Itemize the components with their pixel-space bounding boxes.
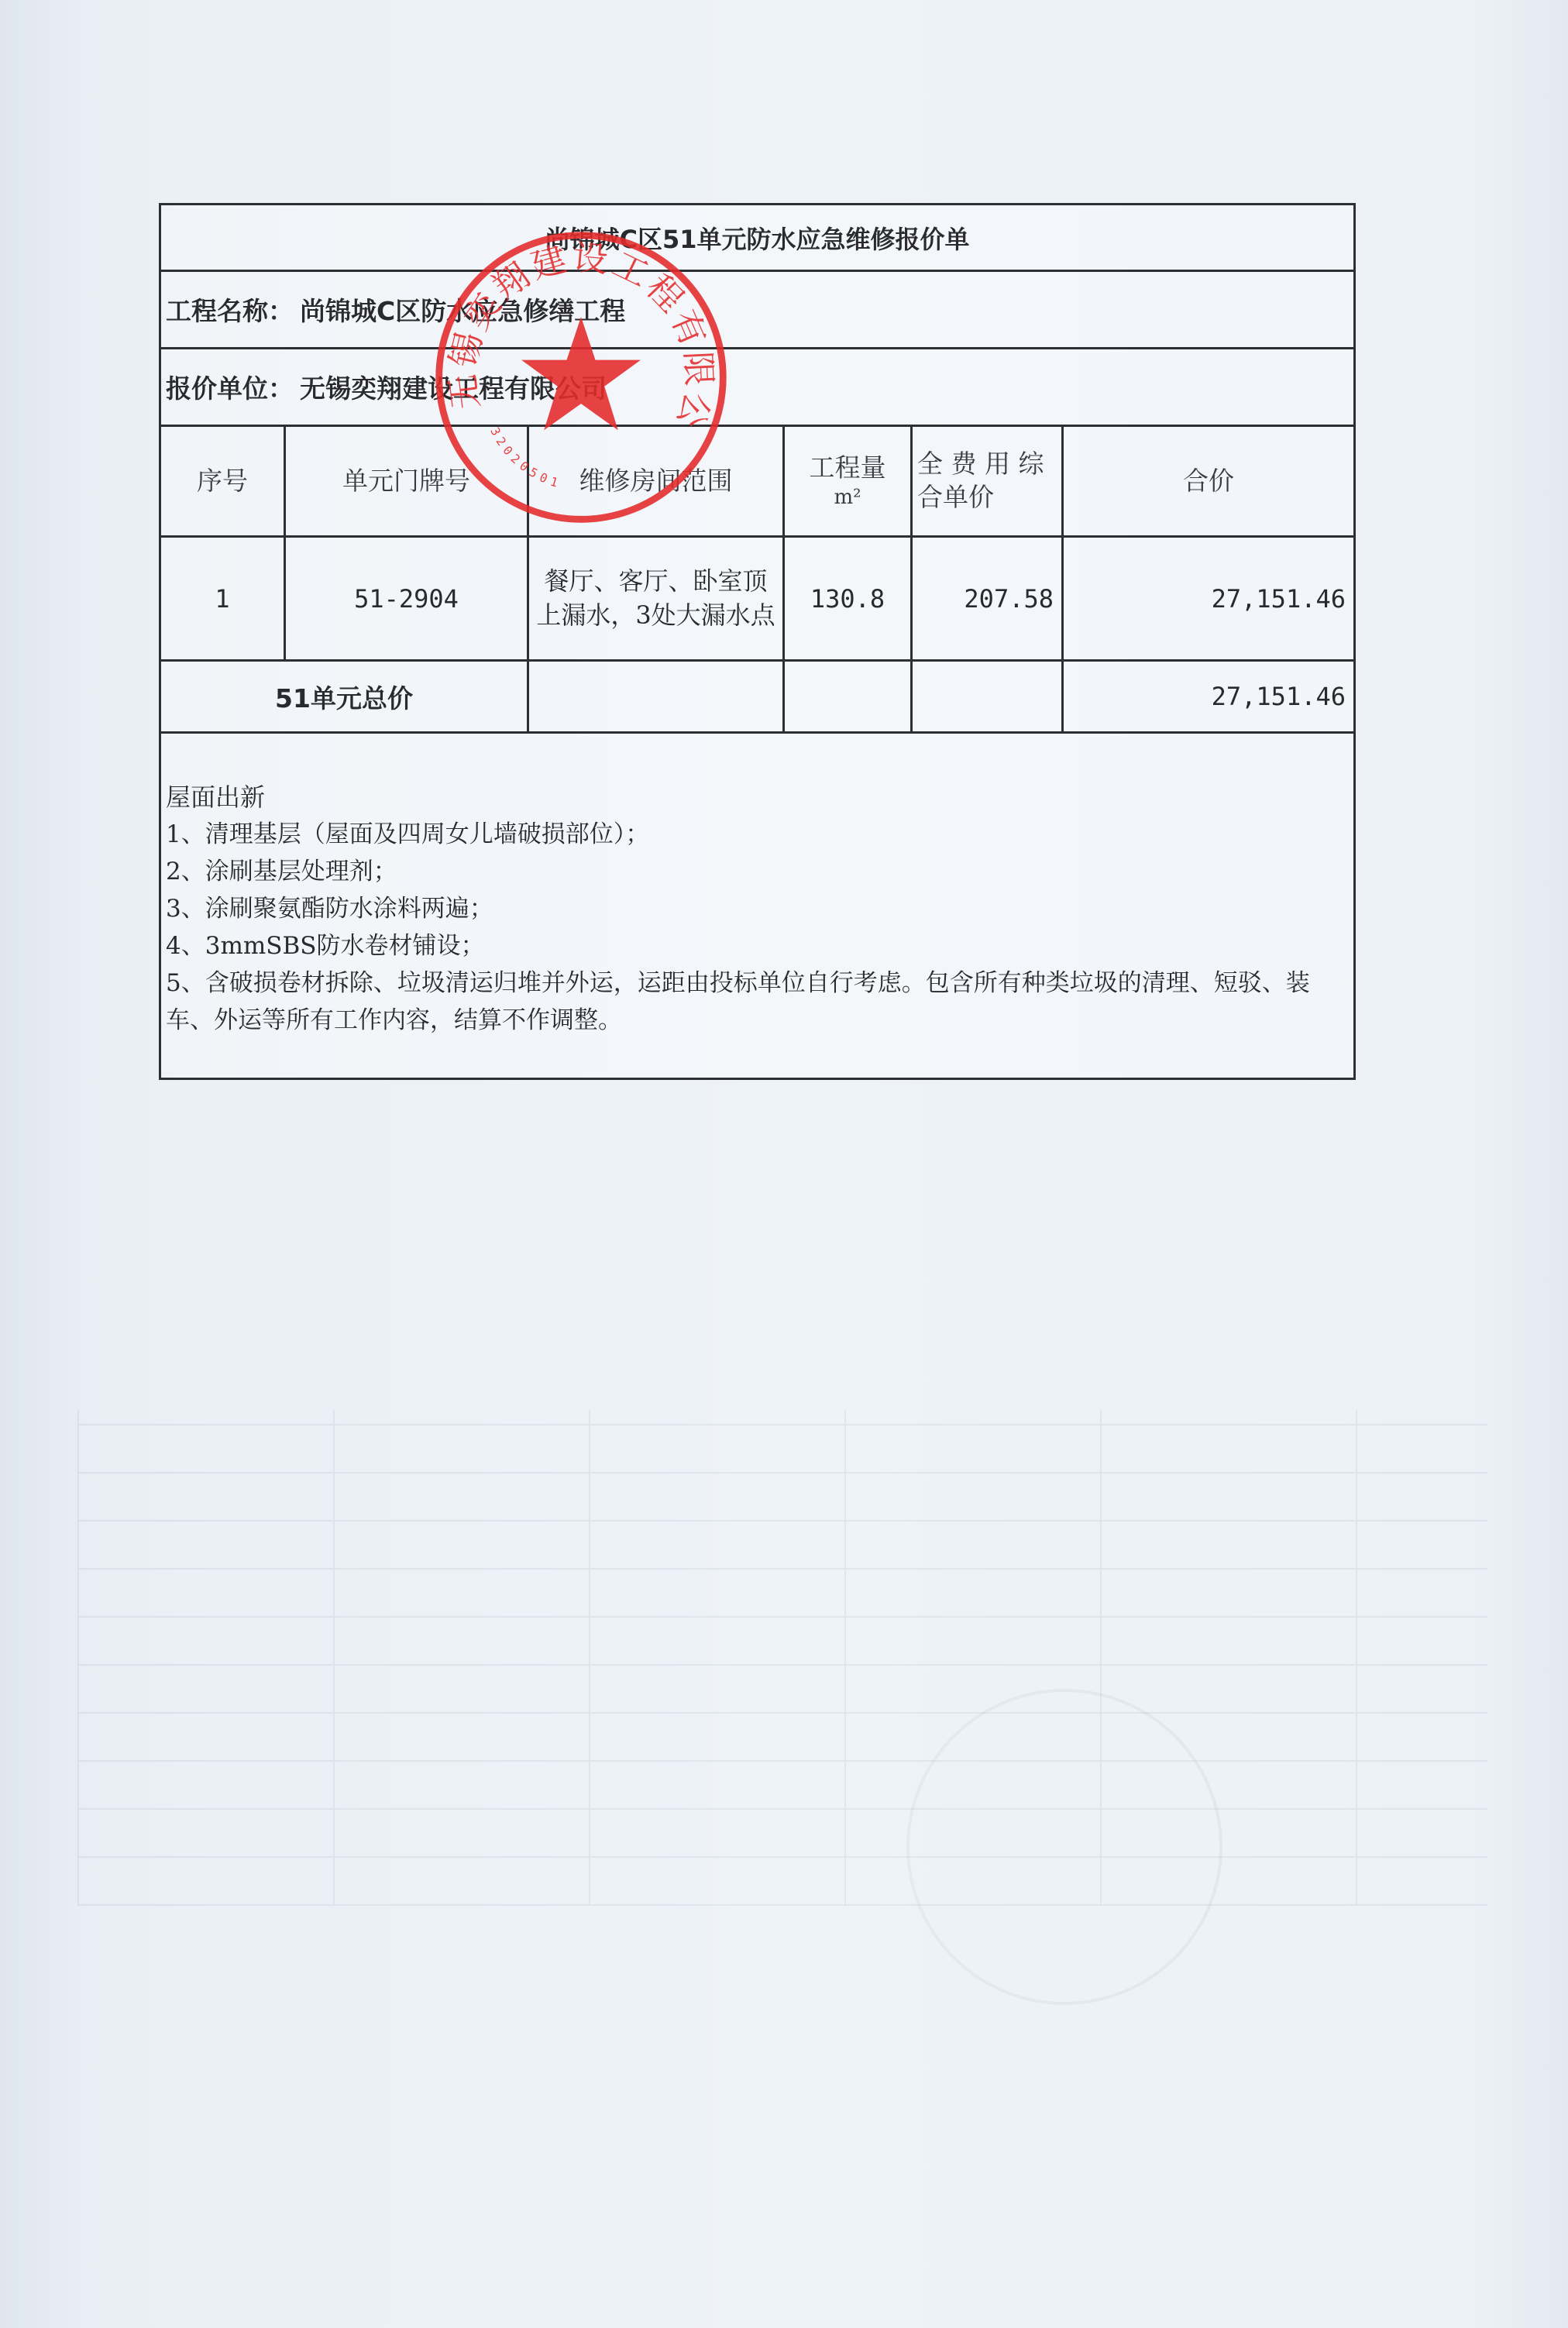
header-unit-no: 单元门牌号 — [286, 427, 529, 535]
header-qty-label: 工程量 — [810, 452, 886, 485]
header-unit-price-line2: 合单价 — [917, 481, 994, 514]
summary-empty-3 — [913, 662, 1064, 731]
header-qty-unit: m² — [834, 485, 861, 511]
notes-item: 5、含破损卷材拆除、垃圾清运归堆并外运，运距由投标单位自行考虑。包含所有种类垃圾… — [166, 965, 1349, 1039]
row-qty: 130.8 — [785, 538, 913, 659]
notes-item: 1、清理基层（屋面及四周女儿墙破损部位）； — [166, 816, 1349, 853]
paper-show-through — [77, 1410, 1487, 1906]
row-total: 27,151.46 — [1064, 538, 1353, 659]
summary-empty-2 — [785, 662, 913, 731]
quoter-row: 报价单位： 无锡奕翔建设工程有限公司 — [161, 349, 1353, 427]
notes-item: 2、涂刷基层处理剂； — [166, 853, 1349, 890]
row-unit-price: 207.58 — [913, 538, 1064, 659]
paper-show-through-stamp — [906, 1689, 1222, 2005]
quoter-label: 报价单位： — [166, 369, 294, 405]
table-row: 1 51-2904 餐厅、客厅、卧室顶上漏水，3处大漏水点 130.8 207.… — [161, 538, 1353, 662]
header-qty: 工程量 m² — [785, 427, 913, 535]
sheet-title-row: 尚锦城C区51单元防水应急维修报价单 — [161, 205, 1353, 272]
quoter-value: 无锡奕翔建设工程有限公司 — [300, 369, 607, 405]
summary-row: 51单元总价 27,151.46 — [161, 662, 1353, 734]
notes-title: 屋面出新 — [166, 779, 1349, 816]
header-unit-price-line1: 全 费 用 综 — [917, 448, 1044, 481]
row-scope: 餐厅、客厅、卧室顶上漏水，3处大漏水点 — [529, 538, 785, 659]
summary-label: 51单元总价 — [161, 662, 529, 731]
row-seq: 1 — [161, 538, 286, 659]
header-unit-price: 全 费 用 综 合单价 — [913, 427, 1064, 535]
header-seq: 序号 — [161, 427, 286, 535]
header-total: 合价 — [1064, 427, 1353, 535]
sheet-title: 尚锦城C区51单元防水应急维修报价单 — [545, 220, 969, 256]
summary-value: 27,151.46 — [1064, 662, 1353, 731]
project-name-row: 工程名称： 尚锦城C区防水应急修缮工程 — [161, 272, 1353, 349]
project-name-value: 尚锦城C区防水应急修缮工程 — [300, 291, 625, 328]
notes-item: 4、3mmSBS防水卷材铺设； — [166, 927, 1349, 965]
notes-item: 3、涂刷聚氨酯防水涂料两遍； — [166, 890, 1349, 927]
quotation-sheet: 尚锦城C区51单元防水应急维修报价单 工程名称： 尚锦城C区防水应急修缮工程 报… — [159, 203, 1356, 1080]
table-header-row: 序号 单元门牌号 维修房间范围 工程量 m² 全 费 用 综 合单价 合价 — [161, 427, 1353, 538]
notes-section: 屋面出新 1、清理基层（屋面及四周女儿墙破损部位）； 2、涂刷基层处理剂； 3、… — [161, 734, 1353, 1078]
summary-empty-1 — [529, 662, 785, 731]
row-unit-no: 51-2904 — [286, 538, 529, 659]
header-scope: 维修房间范围 — [529, 427, 785, 535]
project-name-label: 工程名称： — [166, 291, 294, 328]
